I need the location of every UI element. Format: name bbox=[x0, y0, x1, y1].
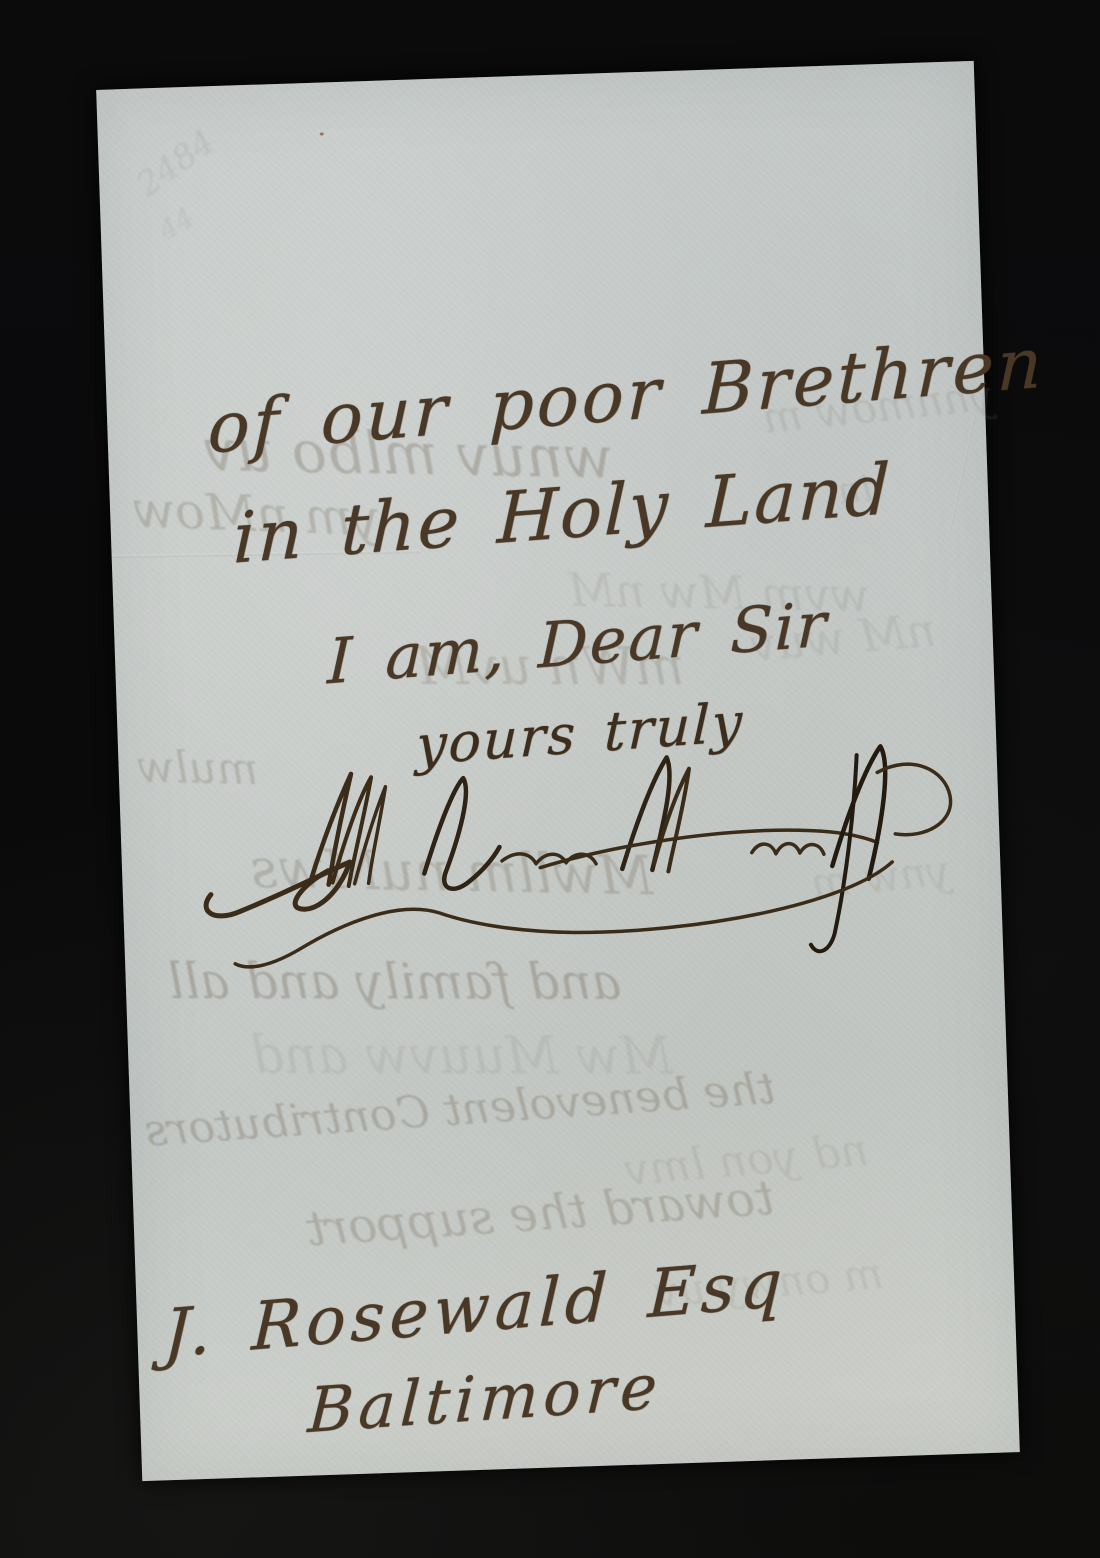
fold-crease bbox=[949, 415, 976, 533]
address-line: Baltimore bbox=[306, 1349, 664, 1447]
signature-flourish bbox=[188, 733, 976, 999]
pencil-notation: 2484 bbox=[129, 122, 223, 205]
letter-page: 2484 44 wnuv mlbo uv ym nMow ynnmow m in… bbox=[96, 61, 1020, 1481]
bleedthrough-line: toward the support bbox=[304, 1170, 776, 1258]
photo-background: 2484 44 wnuv mlbo uv ym nMow ynnmow m in… bbox=[0, 0, 1100, 1558]
letter-line: of our poor Brethren bbox=[207, 321, 1046, 469]
address-line: J. Rosewald Esq bbox=[162, 1244, 788, 1373]
paper-speck bbox=[320, 132, 324, 135]
pencil-notation: 44 bbox=[153, 200, 201, 247]
